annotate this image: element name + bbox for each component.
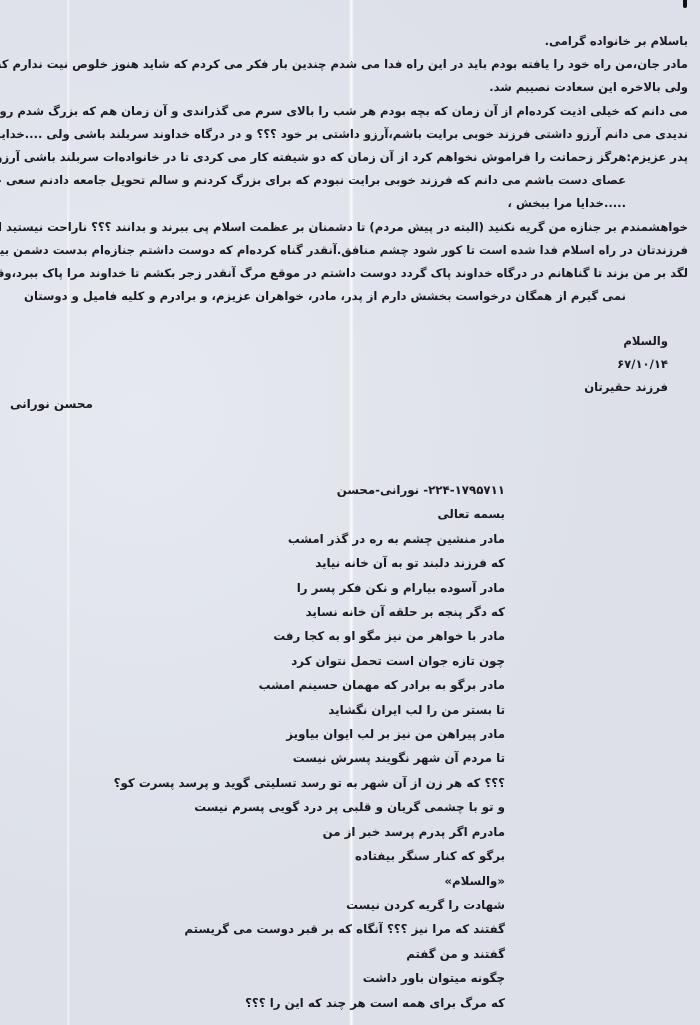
letter-closing: والسلام ۶۷/۱۰/۱۴ فرزند حقیرتان — [584, 330, 668, 399]
poem-line: گفتند که مرا نیز ؟؟؟ آنگاه که بر قبر دوس… — [85, 917, 505, 941]
poem-line: «والسلام» — [85, 869, 505, 893]
poem-line: مادر پیراهن من نیز بر لب ایوان بیاویز — [85, 722, 505, 746]
poem-line: شهادت را گریه کردن نیست — [85, 893, 505, 917]
letter-line: ولی بالاخره این سعادت نصیبم شد. — [12, 76, 688, 99]
letter-line: فرزندتان در راه اسلام فدا شده است تا کور… — [12, 239, 688, 262]
poem-line: مادر با خواهر من نیز مگو او به کجا رفت — [85, 624, 505, 648]
poem-line: برگو که کنار سنگر بیفتاده — [85, 844, 505, 868]
letter-line: .....خدایا مرا ببخش ، — [12, 192, 688, 215]
poem-line: مادر منشین چشم به ره در گذر امشب — [85, 527, 505, 551]
letter-line: لگد بر من بزند تا گناهانم در درگاه خداون… — [12, 262, 688, 285]
poem-line: که مرگ برای همه است هر چند که این را ؟؟؟ — [85, 991, 505, 1015]
poem-line: مادر برگو به برادر که مهمان حسینم امشب — [85, 673, 505, 697]
letter-date: ۶۷/۱۰/۱۴ — [584, 353, 668, 376]
poem-line: که فرزند دلبند تو به آن خانه نیاید — [85, 551, 505, 575]
poem-line: که دگر پنجه بر حلقه آن خانه نساید — [85, 600, 505, 624]
poem-line: ؟؟؟ که هر زن از آن شهر به تو رسد تسلیتی … — [85, 771, 505, 795]
letter-line: پدر عزیزم:هرگز زحماتت را فراموش نخواهم ک… — [12, 146, 688, 169]
poem-line: تا مردم آن شهر نگویند پسرش نیست — [85, 746, 505, 770]
letter-body: باسلام بر خانواده گرامی. مادر جان،من راه… — [12, 30, 688, 308]
letter-line: نمی گیرم از همگان درخواست بخشش دارم از پ… — [12, 285, 688, 308]
letter-line: عصای دست باشم می دانم که فرزند خوبی برای… — [12, 169, 688, 192]
signature-name: محسن نورانی — [10, 397, 93, 411]
letter-line: می دانم که خیلی اذیت کرده‌ام از آن زمان … — [12, 100, 688, 123]
ink-mark — [683, 0, 687, 8]
poem-line: مادر آسوده بیارام و نکن فکر پسر را — [85, 576, 505, 600]
poem-invocation: بسمه تعالی — [85, 502, 505, 526]
poem-line: تا بستر من را لب ایران نگشاید — [85, 698, 505, 722]
poem-header-code: ۲۲۴-۱۷۹۵۷۱۱- نورانی-محسن — [85, 478, 505, 502]
poem-line: و تو با چشمی گریان و قلبی پر درد گویی پس… — [85, 795, 505, 819]
letter-greeting: باسلام بر خانواده گرامی. — [12, 30, 688, 53]
poem-line: چگونه میتوان باور داشت — [85, 966, 505, 990]
sign-off: فرزند حقیرتان — [584, 376, 668, 399]
poem-line: مادرم اگر پدرم پرسد خبر از من — [85, 820, 505, 844]
letter-line: مادر جان،من راه خود را یافته بودم باید د… — [12, 53, 688, 76]
letter-line: ندیدی می دانم آرزو داشتی فرزند خوبی برای… — [12, 123, 688, 146]
closing-salutation: والسلام — [584, 330, 668, 353]
poem-line: گفتند و من گفتم — [85, 942, 505, 966]
poem-block: ۲۲۴-۱۷۹۵۷۱۱- نورانی-محسن بسمه تعالی مادر… — [85, 478, 505, 1015]
poem-line: چون تازه جوان است تحمل نتوان کرد — [85, 649, 505, 673]
letter-line: خواهشمندم بر جنازه من گریه نکنید (البته … — [12, 216, 688, 239]
